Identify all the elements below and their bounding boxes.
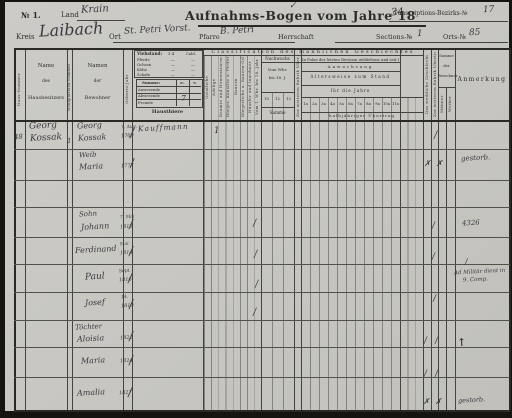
grid-line: [301, 71, 400, 72]
right-tick: ∕: [433, 295, 437, 304]
grid-line: [301, 97, 423, 98]
pen-brace: ∕: [130, 157, 135, 169]
nachwuchs-sum: Summe: [261, 111, 294, 115]
remark-entry: gestorb.: [458, 396, 486, 404]
orts-value-handwriting: 85: [469, 29, 481, 39]
house-number-entry: 48: [14, 134, 23, 141]
livestock-dash: —: [171, 73, 175, 77]
revision-cell: 3a: [319, 102, 328, 106]
class-column-header: Adelige: [212, 57, 216, 117]
inhabitant-name: Maria: [79, 162, 104, 171]
pen-brace: ∕: [129, 298, 134, 310]
nachwuchs-line1: Vom Wbr.: [261, 68, 294, 72]
livestock-title: Viehstand:: [137, 52, 162, 56]
inhabitant-name: Amalia: [77, 388, 105, 397]
house-number-column-header: Haus-Nummer: [17, 60, 21, 118]
sum-row: Fremde: [138, 101, 153, 105]
birth-date: Mai: [120, 243, 129, 248]
thin-column-rules: [261, 92, 294, 410]
revision-cell: 9a: [373, 102, 382, 106]
land-value-handwriting: Krain: [81, 4, 109, 15]
grid-line: [446, 87, 447, 410]
revision-cell: 2a: [310, 102, 319, 106]
scanned-census-sheet: { "colors":{"paper":"#c8c7c2","ink":"#3a…: [0, 0, 512, 418]
sum-male-header: m.: [180, 81, 185, 85]
right-tick: ✗: [423, 398, 430, 406]
inhabitant-sum-header: Summe: [438, 54, 455, 58]
revision-cell: 6a: [346, 102, 355, 106]
grid-line: [261, 92, 294, 93]
right-tick: ∕: [432, 253, 436, 262]
inhabitants-column-header: Namen: [72, 64, 123, 70]
header-underline-left: [113, 42, 295, 43]
right-tick: ✗: [436, 160, 443, 168]
grid-line: [438, 48, 439, 410]
pen-brace: ∕: [128, 272, 133, 284]
thin-column-rules: [400, 97, 423, 410]
classification-title: Classification des männlichen Geschlecht…: [203, 50, 423, 55]
class-column-header: Bürger, Künstler u. Professionisten: [226, 57, 230, 117]
grid-line: [25, 48, 26, 410]
grid-line: [301, 85, 400, 86]
party-number-column-header: Wohnparteien-Nummer: [68, 56, 72, 118]
class-column-header: Beamte und Honoratioren: [219, 57, 223, 117]
class-column-header: Bauern: [234, 57, 238, 117]
nachwuchs-title: Nachwuchs: [261, 57, 294, 61]
row-line: [14, 207, 510, 208]
grid-line: [14, 48, 16, 410]
remark-column-header: Anmerkung: [455, 77, 509, 83]
revision-cell: 4a: [328, 102, 337, 106]
inhabitants-column-header: der: [72, 80, 123, 85]
remark-entry: Ad Militär dient in: [454, 269, 506, 277]
revision-cell: 5a: [337, 102, 346, 106]
classification-tick: 1: [214, 127, 220, 136]
revision-cell: 11a: [391, 102, 400, 106]
remark-entry: 9. Comp.: [463, 277, 488, 284]
right-tick: ∕: [435, 337, 439, 346]
row-line: [14, 320, 510, 321]
revision-header-line3: Altersweise zum Stand: [301, 75, 400, 79]
class-column-header: Bürgerliche u. Bauern-Gehilfen: [241, 57, 245, 117]
owner-column-header: Name: [25, 64, 67, 70]
grid-line: [509, 48, 511, 410]
livestock-row: Schafe: [137, 73, 150, 77]
ort-label: Ort: [109, 34, 121, 41]
inhabitant-name: Josef: [85, 298, 105, 307]
grid-line: [72, 48, 73, 410]
grid-line: [455, 48, 456, 410]
right-tick: ∕: [424, 370, 428, 379]
pen-brace: ∕: [129, 354, 134, 366]
pen-brace: ∕: [129, 245, 134, 257]
sheet-number: № 1.: [21, 11, 41, 19]
herrschaft-label: Herrschaft: [278, 34, 314, 41]
pen-brace: ∕: [129, 218, 134, 230]
right-tick: ∕: [432, 222, 436, 231]
pen-brace: ∕: [128, 386, 133, 398]
inhabitant-name: Aloisia: [77, 334, 105, 343]
revision-cell: 8a: [364, 102, 373, 106]
kreis-value-handwriting: Laibach: [39, 20, 104, 39]
right-tick: ∕: [434, 131, 438, 141]
classification-tick: ∕: [253, 308, 257, 318]
classification-tick: ∕: [254, 250, 258, 260]
inhabitant-sum-header: der: [438, 64, 455, 68]
owner-column-header: Hausbesitzers: [25, 96, 67, 101]
row-line: [14, 237, 510, 238]
inhabitant-name: Johann: [81, 222, 110, 231]
female-sex-column-header: Das weibliche Geschlecht: [425, 52, 429, 117]
inhabitant-name: Maria: [81, 356, 106, 365]
uebrige-column-header: Zur weiteren Rubrik Übertrag: [296, 57, 300, 117]
inhabitant-name: Ferdinand: [75, 245, 117, 255]
paper-sheet: № 1. Land Krain ✓ Aufnahms-Bogen vom Jah…: [5, 2, 509, 411]
grid-line: [261, 107, 294, 108]
sections-label: Sections-№: [376, 34, 412, 41]
right-tick: ∕: [424, 337, 428, 346]
sum-female-header: w.: [193, 81, 197, 85]
classification-tick: ∕: [255, 280, 259, 290]
row-line: [14, 347, 510, 348]
owner-name-entry: Georg: [29, 121, 57, 131]
inhabitant-name: Töchter: [75, 323, 102, 331]
inhabitants-column-header: Bewohner: [72, 96, 123, 101]
sum-title: Summe:: [142, 81, 160, 85]
nachwuchs-line2: bis 18. J.: [261, 76, 294, 80]
conscription-value-handwriting: 17: [483, 6, 495, 16]
women-subcolumn-header: Weiber: [448, 90, 452, 118]
sections-value-handwriting: 1: [417, 30, 423, 39]
nachwuchs-cell: 13: [283, 97, 294, 101]
row-line: [14, 180, 510, 181]
livestock-col1: 3-4: [168, 52, 174, 56]
nachwuchs-cell: 12: [272, 97, 283, 101]
inhabitant-name: Weib: [79, 152, 97, 160]
nachwuchs-cell: 10: [261, 97, 272, 101]
sum-row: Anwesende: [138, 88, 160, 92]
owner-column-header: des: [25, 80, 67, 85]
birth-date: 14.: [121, 296, 128, 301]
party-number-entry: 1: [67, 138, 72, 145]
inhabitant-name: Georg: [77, 121, 102, 130]
revision-cell: 10a: [382, 102, 391, 106]
remark-entry: 4326: [462, 220, 480, 228]
row-line: [14, 264, 510, 265]
remark-arrow-mark: ↑: [457, 337, 467, 348]
men-subcolumn-header: Männer: [440, 90, 444, 118]
carryover-column-header: Zur weiteren Rubrik Übertrag: [433, 52, 437, 117]
revision-header-line1: In Folge der letzten Revision gebliebene…: [302, 58, 399, 62]
pfarre-value-handwriting: B. Petri: [220, 26, 255, 37]
grid-line: [203, 55, 423, 56]
domestic-animals-label: Hausthiere: [132, 110, 203, 115]
pen-brace: ∕: [130, 127, 135, 140]
conscription-label: Conscriptions-Bezirks-№: [393, 11, 467, 17]
revision-bottom-label: halbjähriger Übertrag: [301, 114, 423, 118]
inhabitant-sum-header: Bewohner: [438, 74, 455, 78]
livestock-col2: Cald.: [186, 52, 196, 56]
grid-line: [294, 48, 295, 410]
sum-row: Abwesende: [138, 94, 160, 98]
right-tick: ✗: [424, 160, 431, 168]
classification-tick: ∕: [253, 219, 257, 229]
pen-brace: ∕: [129, 330, 134, 342]
ort-value-handwriting: St. Petri Vorst.: [124, 24, 191, 36]
grid-line: [423, 48, 424, 410]
birth-year-column-header: Geburts-Jahr: [125, 60, 129, 118]
right-tick: ✗: [435, 398, 442, 406]
right-tick: ∕: [435, 370, 439, 379]
inhabitant-name: Sohn: [79, 211, 97, 219]
class-column-header: Vom 1. Wbr. bis 18. Jahr: [255, 57, 259, 117]
thin-column-rules: [301, 97, 400, 410]
remark-entry: gestorb.: [461, 154, 491, 163]
revision-header-line4: für die Jahre: [301, 89, 400, 93]
kreis-label: Kreis: [16, 34, 35, 41]
sum-handwritten-mark: 7: [181, 95, 187, 103]
revision-cell: 1a: [301, 102, 310, 106]
livestock-dash: —: [191, 73, 195, 77]
header-underline-right: [335, 42, 508, 43]
row-line: [14, 292, 510, 293]
orts-label: Orts-№: [443, 34, 466, 41]
form-title: Aufnahms-Bogen vom Jahre 18: [185, 10, 410, 23]
grid-line: [261, 62, 400, 63]
grid-line: [14, 410, 510, 412]
class-column-header: Geistliche: [205, 57, 209, 117]
row-line: [14, 149, 510, 150]
grid-line: [438, 87, 455, 88]
pfarre-label: Pfarre: [199, 34, 220, 41]
inhabitant-name: Paul: [85, 272, 105, 282]
occupation-entry: Kauffmann: [138, 123, 189, 133]
owner-name-entry: Kossak: [30, 133, 62, 144]
inhabitant-name: Kossak: [78, 133, 107, 142]
land-label: Land: [61, 12, 79, 19]
class-column-header: Häusler und Inwohner: [248, 57, 252, 117]
revision-header-line2: Anwachsung: [301, 65, 400, 69]
revision-cell: 7a: [355, 102, 364, 106]
remark-tick: ∕: [465, 258, 468, 266]
conscription-underline: [389, 21, 508, 22]
